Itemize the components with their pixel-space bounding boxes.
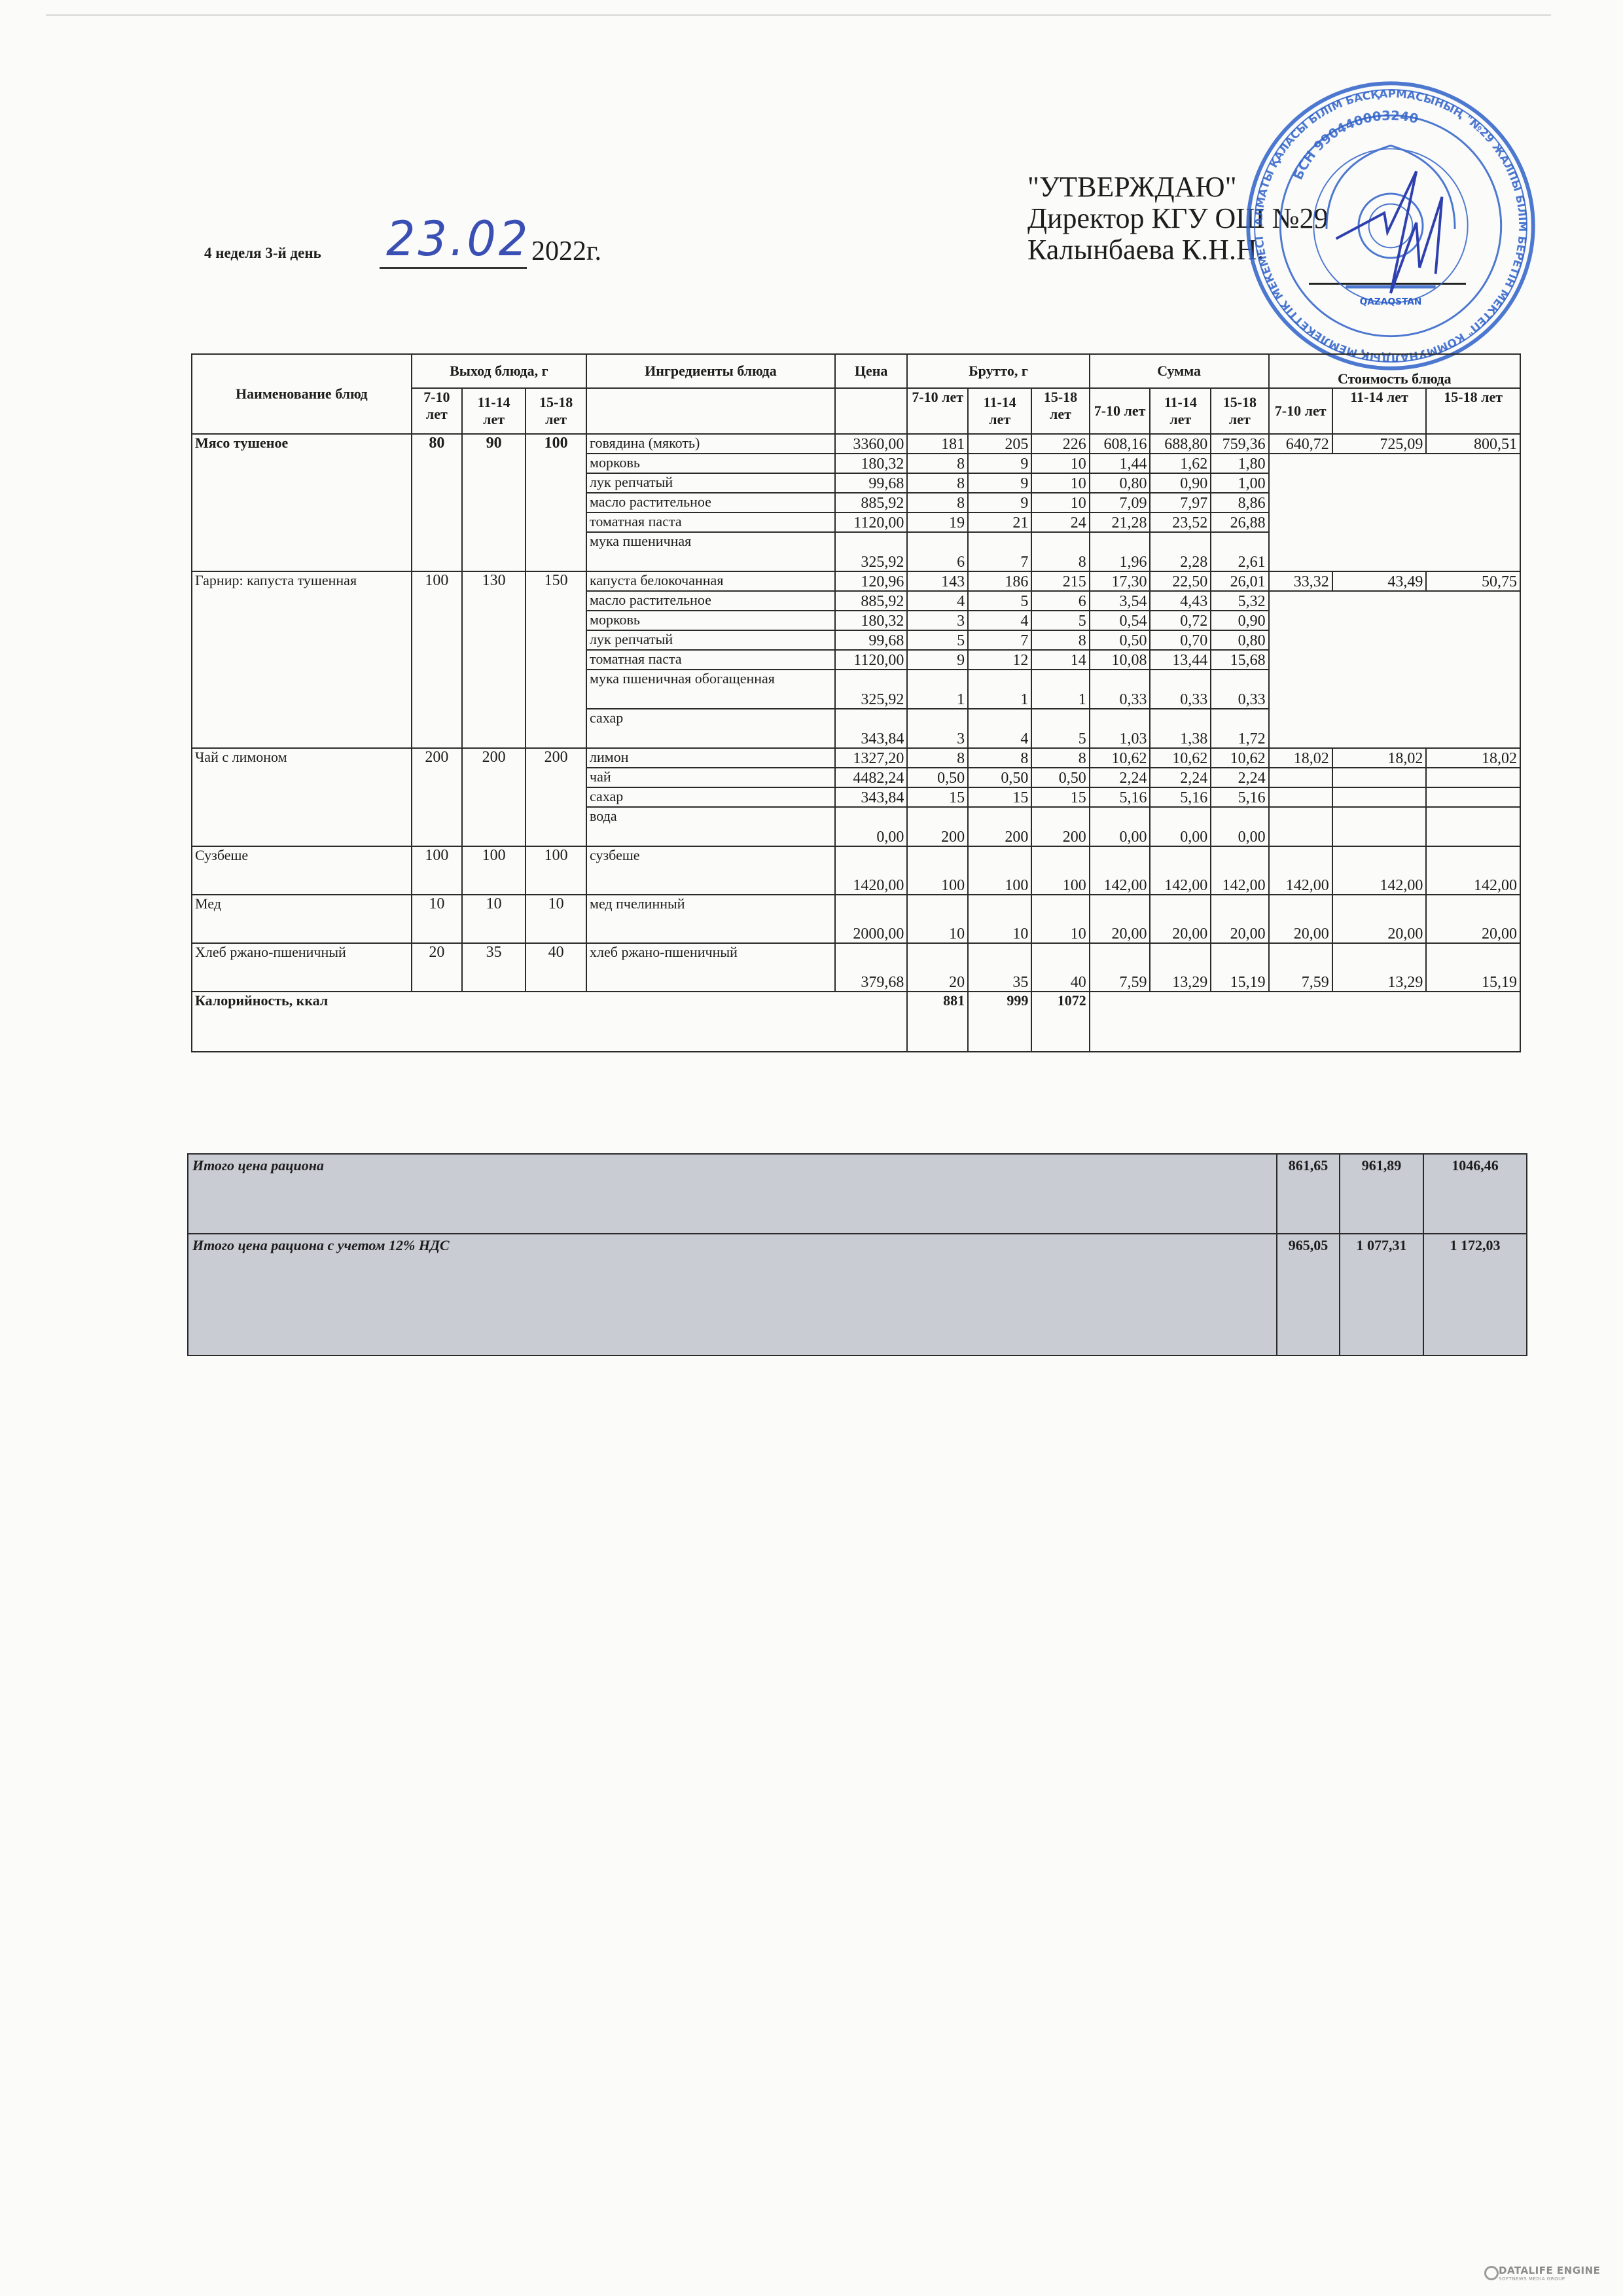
ingredient-name: лук репчатый <box>586 473 835 493</box>
header-sum-age: 11-14 лет <box>1150 388 1211 434</box>
ingredient-brutto: 10 <box>1031 473 1089 493</box>
ingredient-brutto: 15 <box>1031 787 1089 807</box>
header-brutto-age: 11-14 лет <box>968 388 1031 434</box>
ingredient-sum: 15,19 <box>1211 943 1268 992</box>
dish-yield: 10 <box>526 895 586 943</box>
ingredient-brutto: 8 <box>907 454 968 473</box>
ingredient-price: 4482,24 <box>835 768 907 787</box>
ingredient-brutto: 15 <box>968 787 1031 807</box>
ingredient-sum: 0,33 <box>1211 670 1268 709</box>
calories-value: 1072 <box>1031 992 1089 1052</box>
ingredient-sum: 4,43 <box>1150 591 1211 611</box>
ingredient-name: хлеб ржано-пшеничный <box>586 943 835 992</box>
date-year: 2022г. <box>531 236 601 267</box>
ingredient-sum: 0,80 <box>1090 473 1150 493</box>
ingredient-sum: 1,96 <box>1090 532 1150 571</box>
watermark-brand: DATALIFE ENGINE <box>1499 2265 1600 2276</box>
ingredient-sum: 5,32 <box>1211 591 1268 611</box>
ingredient-price: 3360,00 <box>835 434 907 454</box>
ingredient-sum: 1,80 <box>1211 454 1268 473</box>
ingredient-sum: 142,00 <box>1211 846 1268 895</box>
ingredient-price: 343,84 <box>835 709 907 748</box>
ingredient-brutto: 205 <box>968 434 1031 454</box>
ingredient-sum: 1,72 <box>1211 709 1268 748</box>
header-yield: Выход блюда, г <box>412 354 586 388</box>
ingredient-sum: 1,00 <box>1211 473 1268 493</box>
total-value: 861,65 <box>1277 1154 1340 1234</box>
ingredient-sum: 2,24 <box>1090 768 1150 787</box>
ingredient-brutto: 10 <box>1031 895 1089 943</box>
ingredient-name: вода <box>586 807 835 846</box>
ingredient-brutto: 100 <box>968 846 1031 895</box>
dish-cost: 640,72 <box>1269 434 1332 454</box>
dish-cost: 13,29 <box>1332 943 1427 992</box>
dish-cost: 15,19 <box>1426 943 1520 992</box>
ingredient-brutto: 5 <box>907 630 968 650</box>
dish-yield: 100 <box>526 846 586 895</box>
dish-cost: 142,00 <box>1332 846 1427 895</box>
dish-cost: 33,32 <box>1269 571 1332 591</box>
ingredient-brutto: 9 <box>907 650 968 670</box>
ingredient-sum: 20,00 <box>1211 895 1268 943</box>
total-vat-value: 1 172,03 <box>1423 1234 1527 1355</box>
ingredient-sum: 2,24 <box>1150 768 1211 787</box>
dish-yield: 90 <box>462 434 526 571</box>
ingredient-name: морковь <box>586 611 835 630</box>
total-value: 961,89 <box>1340 1154 1423 1234</box>
ingredient-sum: 1,44 <box>1090 454 1150 473</box>
ingredient-brutto: 21 <box>968 512 1031 532</box>
ingredient-sum: 3,54 <box>1090 591 1150 611</box>
dish-yield: 80 <box>412 434 462 571</box>
dish-cost-blank <box>1426 768 1520 787</box>
ingredient-sum: 23,52 <box>1150 512 1211 532</box>
ingredient-sum: 142,00 <box>1090 846 1150 895</box>
ingredient-sum: 1,62 <box>1150 454 1211 473</box>
dish-yield: 100 <box>412 846 462 895</box>
dish-cost: 50,75 <box>1426 571 1520 591</box>
totals-table: Итого цена рациона 861,65 961,89 1046,46… <box>187 1153 1527 1356</box>
ingredient-sum: 0,50 <box>1090 630 1150 650</box>
dish-cost-blank <box>1269 787 1332 807</box>
ingredient-brutto: 3 <box>907 611 968 630</box>
ingredient-sum: 17,30 <box>1090 571 1150 591</box>
ingredient-name: масло растительное <box>586 493 835 512</box>
ingredient-brutto: 8 <box>907 748 968 768</box>
ingredient-brutto: 8 <box>1031 630 1089 650</box>
ingredient-sum: 20,00 <box>1150 895 1211 943</box>
dish-cost-blank <box>1269 591 1520 748</box>
ingredient-row: Гарнир: капуста тушенная100130150капуста… <box>192 571 1520 591</box>
ingredient-brutto: 24 <box>1031 512 1089 532</box>
ingredient-brutto: 15 <box>907 787 968 807</box>
ingredient-price: 99,68 <box>835 473 907 493</box>
ingredient-brutto: 8 <box>1031 748 1089 768</box>
ingredient-name: чай <box>586 768 835 787</box>
ingredient-brutto: 12 <box>968 650 1031 670</box>
dish-yield: 130 <box>462 571 526 748</box>
ingredient-sum: 0,70 <box>1150 630 1211 650</box>
dish-name: Мед <box>192 895 412 943</box>
ingredient-price: 343,84 <box>835 787 907 807</box>
datalife-logo-icon <box>1484 2266 1499 2280</box>
header-yield-age: 15-18 лет <box>526 388 586 434</box>
ingredient-price: 120,96 <box>835 571 907 591</box>
ingredient-brutto: 5 <box>968 591 1031 611</box>
ingredient-price: 379,68 <box>835 943 907 992</box>
ingredient-brutto: 0,50 <box>968 768 1031 787</box>
ingredient-brutto: 100 <box>907 846 968 895</box>
ingredient-sum: 0,80 <box>1211 630 1268 650</box>
header-cost-age: 7-10 лет <box>1269 388 1332 434</box>
ingredient-name: томатная паста <box>586 650 835 670</box>
ingredient-sum: 0,90 <box>1211 611 1268 630</box>
ingredient-brutto: 1 <box>907 670 968 709</box>
ingredient-name: капуста белокочанная <box>586 571 835 591</box>
dish-cost: 18,02 <box>1269 748 1332 768</box>
dish-yield: 150 <box>526 571 586 748</box>
dish-yield: 100 <box>462 846 526 895</box>
ingredient-brutto: 14 <box>1031 650 1089 670</box>
ingredient-brutto: 20 <box>907 943 968 992</box>
ingredient-row: Чай с лимоном200200200лимон1327,2088810,… <box>192 748 1520 768</box>
ingredient-sum: 7,09 <box>1090 493 1150 512</box>
dish-cost-blank <box>1332 807 1427 846</box>
dish-cost-blank <box>1332 787 1427 807</box>
header-cost-age: 11-14 лет <box>1332 388 1427 434</box>
ingredient-name: морковь <box>586 454 835 473</box>
ingredient-row: Мясо тушеное8090100говядина (мякоть)3360… <box>192 434 1520 454</box>
ingredient-sum: 0,72 <box>1150 611 1211 630</box>
official-stamp-icon: АЛМАТЫ ҚАЛАСЫ БІЛІМ БАСҚАРМАСЫНЫҢ "№29 Ж… <box>1224 79 1558 373</box>
ingredient-brutto: 10 <box>907 895 968 943</box>
header-yield-age: 11-14 лет <box>462 388 526 434</box>
ingredient-brutto: 0,50 <box>1031 768 1089 787</box>
ingredient-brutto: 5 <box>1031 611 1089 630</box>
ingredient-price: 885,92 <box>835 591 907 611</box>
ingredient-sum: 26,88 <box>1211 512 1268 532</box>
ingredient-sum: 22,50 <box>1150 571 1211 591</box>
ingredient-sum: 10,62 <box>1150 748 1211 768</box>
calories-blank <box>1090 992 1520 1052</box>
ingredient-brutto: 35 <box>968 943 1031 992</box>
ingredient-brutto: 186 <box>968 571 1031 591</box>
ingredient-sum: 21,28 <box>1090 512 1150 532</box>
total-row: Итого цена рациона 861,65 961,89 1046,46 <box>188 1154 1527 1234</box>
total-label: Итого цена рациона <box>188 1154 1277 1234</box>
header-price-blank <box>835 388 907 434</box>
header-sum-age: 15-18 лет <box>1211 388 1268 434</box>
dish-cost: 18,02 <box>1426 748 1520 768</box>
ingredient-sum: 1,38 <box>1150 709 1211 748</box>
ingredient-sum: 0,33 <box>1090 670 1150 709</box>
ingredient-sum: 0,54 <box>1090 611 1150 630</box>
ingredient-name: сузбеше <box>586 846 835 895</box>
ingredient-price: 1120,00 <box>835 650 907 670</box>
header-ingredients: Ингредиенты блюда <box>586 354 835 388</box>
dish-name: Сузбеше <box>192 846 412 895</box>
ingredient-brutto: 6 <box>1031 591 1089 611</box>
ingredient-brutto: 9 <box>968 454 1031 473</box>
ingredient-sum: 5,16 <box>1150 787 1211 807</box>
ingredient-price: 1120,00 <box>835 512 907 532</box>
ingredient-brutto: 4 <box>968 611 1031 630</box>
header-brutto-age: 7-10 лет <box>907 388 968 434</box>
ingredient-price: 1420,00 <box>835 846 907 895</box>
ingredient-brutto: 10 <box>968 895 1031 943</box>
ingredient-brutto: 8 <box>907 473 968 493</box>
calories-value: 999 <box>968 992 1031 1052</box>
dish-cost-blank <box>1269 454 1520 571</box>
total-vat-value: 965,05 <box>1277 1234 1340 1355</box>
dish-cost: 800,51 <box>1426 434 1520 454</box>
ingredient-price: 0,00 <box>835 807 907 846</box>
total-vat-row: Итого цена рациона с учетом 12% НДС 965,… <box>188 1234 1527 1355</box>
ingredient-sum: 13,29 <box>1150 943 1211 992</box>
header-price: Цена <box>835 354 907 388</box>
ingredient-sum: 0,00 <box>1211 807 1268 846</box>
header-cost-age: 15-18 лет <box>1426 388 1520 434</box>
date-field: 23.02 <box>380 216 527 269</box>
ingredient-price: 1327,20 <box>835 748 907 768</box>
header-dish-name: Наименование блюд <box>192 354 412 434</box>
ingredient-sum: 608,16 <box>1090 434 1150 454</box>
header-yield-age: 7-10 лет <box>412 388 462 434</box>
ingredient-name: мука пшеничная обогащенная <box>586 670 835 709</box>
ingredient-brutto: 181 <box>907 434 968 454</box>
ingredient-sum: 0,00 <box>1090 807 1150 846</box>
dish-cost: 20,00 <box>1332 895 1427 943</box>
ingredient-row: Мед101010мед пчелинный2000,0010101020,00… <box>192 895 1520 943</box>
dish-cost: 43,49 <box>1332 571 1427 591</box>
handwritten-date: 23.02 <box>386 211 530 267</box>
calories-row: Калорийность, ккал8819991072 <box>192 992 1520 1052</box>
ingredient-price: 180,32 <box>835 454 907 473</box>
ingredient-sum: 7,97 <box>1150 493 1211 512</box>
ingredient-price: 2000,00 <box>835 895 907 943</box>
dish-name: Мясо тушеное <box>192 434 412 571</box>
header-cost: Стоимость блюда <box>1269 354 1520 388</box>
dish-cost-blank <box>1269 807 1332 846</box>
ingredient-sum: 7,59 <box>1090 943 1150 992</box>
dish-yield: 40 <box>526 943 586 992</box>
ingredient-sum: 0,33 <box>1150 670 1211 709</box>
ingredient-sum: 688,80 <box>1150 434 1211 454</box>
ingredient-brutto: 10 <box>1031 493 1089 512</box>
ingredient-name: говядина (мякоть) <box>586 434 835 454</box>
ingredient-sum: 5,16 <box>1090 787 1150 807</box>
dish-name: Чай с лимоном <box>192 748 412 846</box>
ingredient-brutto: 200 <box>968 807 1031 846</box>
ingredient-name: мука пшеничная <box>586 532 835 571</box>
ingredient-brutto: 5 <box>1031 709 1089 748</box>
dish-cost: 142,00 <box>1269 846 1332 895</box>
ingredient-brutto: 9 <box>968 473 1031 493</box>
calories-label: Калорийность, ккал <box>192 992 907 1052</box>
ingredient-name: мед пчелинный <box>586 895 835 943</box>
ingredient-price: 99,68 <box>835 630 907 650</box>
dish-cost-blank <box>1332 768 1427 787</box>
dish-cost: 20,00 <box>1269 895 1332 943</box>
ingredient-brutto: 9 <box>968 493 1031 512</box>
dish-cost: 142,00 <box>1426 846 1520 895</box>
ingredient-price: 885,92 <box>835 493 907 512</box>
ingredient-sum: 10,08 <box>1090 650 1150 670</box>
dish-yield: 10 <box>462 895 526 943</box>
ingredient-name: сахар <box>586 709 835 748</box>
ingredient-brutto: 226 <box>1031 434 1089 454</box>
ingredient-brutto: 3 <box>907 709 968 748</box>
ingredient-brutto: 8 <box>907 493 968 512</box>
dish-cost-blank <box>1426 787 1520 807</box>
dish-yield: 10 <box>412 895 462 943</box>
ingredient-brutto: 1 <box>968 670 1031 709</box>
ingredient-sum: 2,61 <box>1211 532 1268 571</box>
ingredient-row: Сузбеше100100100сузбеше1420,001001001001… <box>192 846 1520 895</box>
dish-yield: 100 <box>412 571 462 748</box>
total-vat-label: Итого цена рациона с учетом 12% НДС <box>188 1234 1277 1355</box>
total-vat-value: 1 077,31 <box>1340 1234 1423 1355</box>
ingredient-sum: 26,01 <box>1211 571 1268 591</box>
ingredient-sum: 8,86 <box>1211 493 1268 512</box>
header-brutto-age: 15-18 лет <box>1031 388 1089 434</box>
ingredient-brutto: 19 <box>907 512 968 532</box>
dish-cost: 20,00 <box>1426 895 1520 943</box>
ingredient-brutto: 100 <box>1031 846 1089 895</box>
dish-cost-blank <box>1269 768 1332 787</box>
ingredient-brutto: 0,50 <box>907 768 968 787</box>
ingredient-sum: 5,16 <box>1211 787 1268 807</box>
ingredient-brutto: 4 <box>907 591 968 611</box>
ingredient-brutto: 8 <box>968 748 1031 768</box>
scan-edge-line <box>46 14 1551 16</box>
dish-yield: 200 <box>462 748 526 846</box>
ingredient-sum: 2,28 <box>1150 532 1211 571</box>
dish-cost-blank <box>1426 807 1520 846</box>
ingredient-sum: 2,24 <box>1211 768 1268 787</box>
ingredient-brutto: 10 <box>1031 454 1089 473</box>
ingredient-price: 325,92 <box>835 670 907 709</box>
ingredient-sum: 0,90 <box>1150 473 1211 493</box>
ingredient-brutto: 6 <box>907 532 968 571</box>
ingredient-row: Хлеб ржано-пшеничный203540хлеб ржано-пше… <box>192 943 1520 992</box>
ingredient-brutto: 215 <box>1031 571 1089 591</box>
ingredient-sum: 13,44 <box>1150 650 1211 670</box>
dish-yield: 200 <box>412 748 462 846</box>
dish-cost: 7,59 <box>1269 943 1332 992</box>
dish-name: Гарнир: капуста тушенная <box>192 571 412 748</box>
ingredient-sum: 15,68 <box>1211 650 1268 670</box>
ingredient-name: лимон <box>586 748 835 768</box>
ingredient-brutto: 7 <box>968 532 1031 571</box>
ingredient-sum: 0,00 <box>1150 807 1211 846</box>
ingredient-sum: 20,00 <box>1090 895 1150 943</box>
dish-name: Хлеб ржано-пшеничный <box>192 943 412 992</box>
menu-table: Наименование блюд Выход блюда, г Ингреди… <box>191 353 1521 1052</box>
ingredient-brutto: 40 <box>1031 943 1089 992</box>
header-sum-age: 7-10 лет <box>1090 388 1150 434</box>
watermark-sub: SOFTNEWS MEDIA GROUP <box>1499 2276 1600 2282</box>
ingredient-brutto: 7 <box>968 630 1031 650</box>
ingredient-name: томатная паста <box>586 512 835 532</box>
ingredient-brutto: 4 <box>968 709 1031 748</box>
dish-cost: 18,02 <box>1332 748 1427 768</box>
ingredient-sum: 142,00 <box>1150 846 1211 895</box>
calories-value: 881 <box>907 992 968 1052</box>
ingredient-sum: 759,36 <box>1211 434 1268 454</box>
ingredient-price: 180,32 <box>835 611 907 630</box>
ingredient-brutto: 200 <box>907 807 968 846</box>
week-day-label: 4 неделя 3-й день <box>204 245 321 262</box>
ingredient-brutto: 143 <box>907 571 968 591</box>
dish-yield: 100 <box>526 434 586 571</box>
dish-yield: 200 <box>526 748 586 846</box>
ingredient-name: масло растительное <box>586 591 835 611</box>
ingredient-sum: 1,03 <box>1090 709 1150 748</box>
watermark: DATALIFE ENGINE SOFTNEWS MEDIA GROUP <box>1499 2265 1600 2282</box>
ingredient-brutto: 8 <box>1031 532 1089 571</box>
dish-cost: 725,09 <box>1332 434 1427 454</box>
dish-yield: 35 <box>462 943 526 992</box>
ingredient-name: лук репчатый <box>586 630 835 650</box>
ingredient-sum: 10,62 <box>1211 748 1268 768</box>
header-ingredients-blank <box>586 388 835 434</box>
header-brutto: Брутто, г <box>907 354 1089 388</box>
ingredient-brutto: 200 <box>1031 807 1089 846</box>
ingredient-brutto: 1 <box>1031 670 1089 709</box>
svg-text:QAZAQSTAN: QAZAQSTAN <box>1360 297 1422 308</box>
ingredient-name: сахар <box>586 787 835 807</box>
header-sum: Сумма <box>1090 354 1269 388</box>
total-value: 1046,46 <box>1423 1154 1527 1234</box>
dish-yield: 20 <box>412 943 462 992</box>
ingredient-sum: 10,62 <box>1090 748 1150 768</box>
ingredient-price: 325,92 <box>835 532 907 571</box>
